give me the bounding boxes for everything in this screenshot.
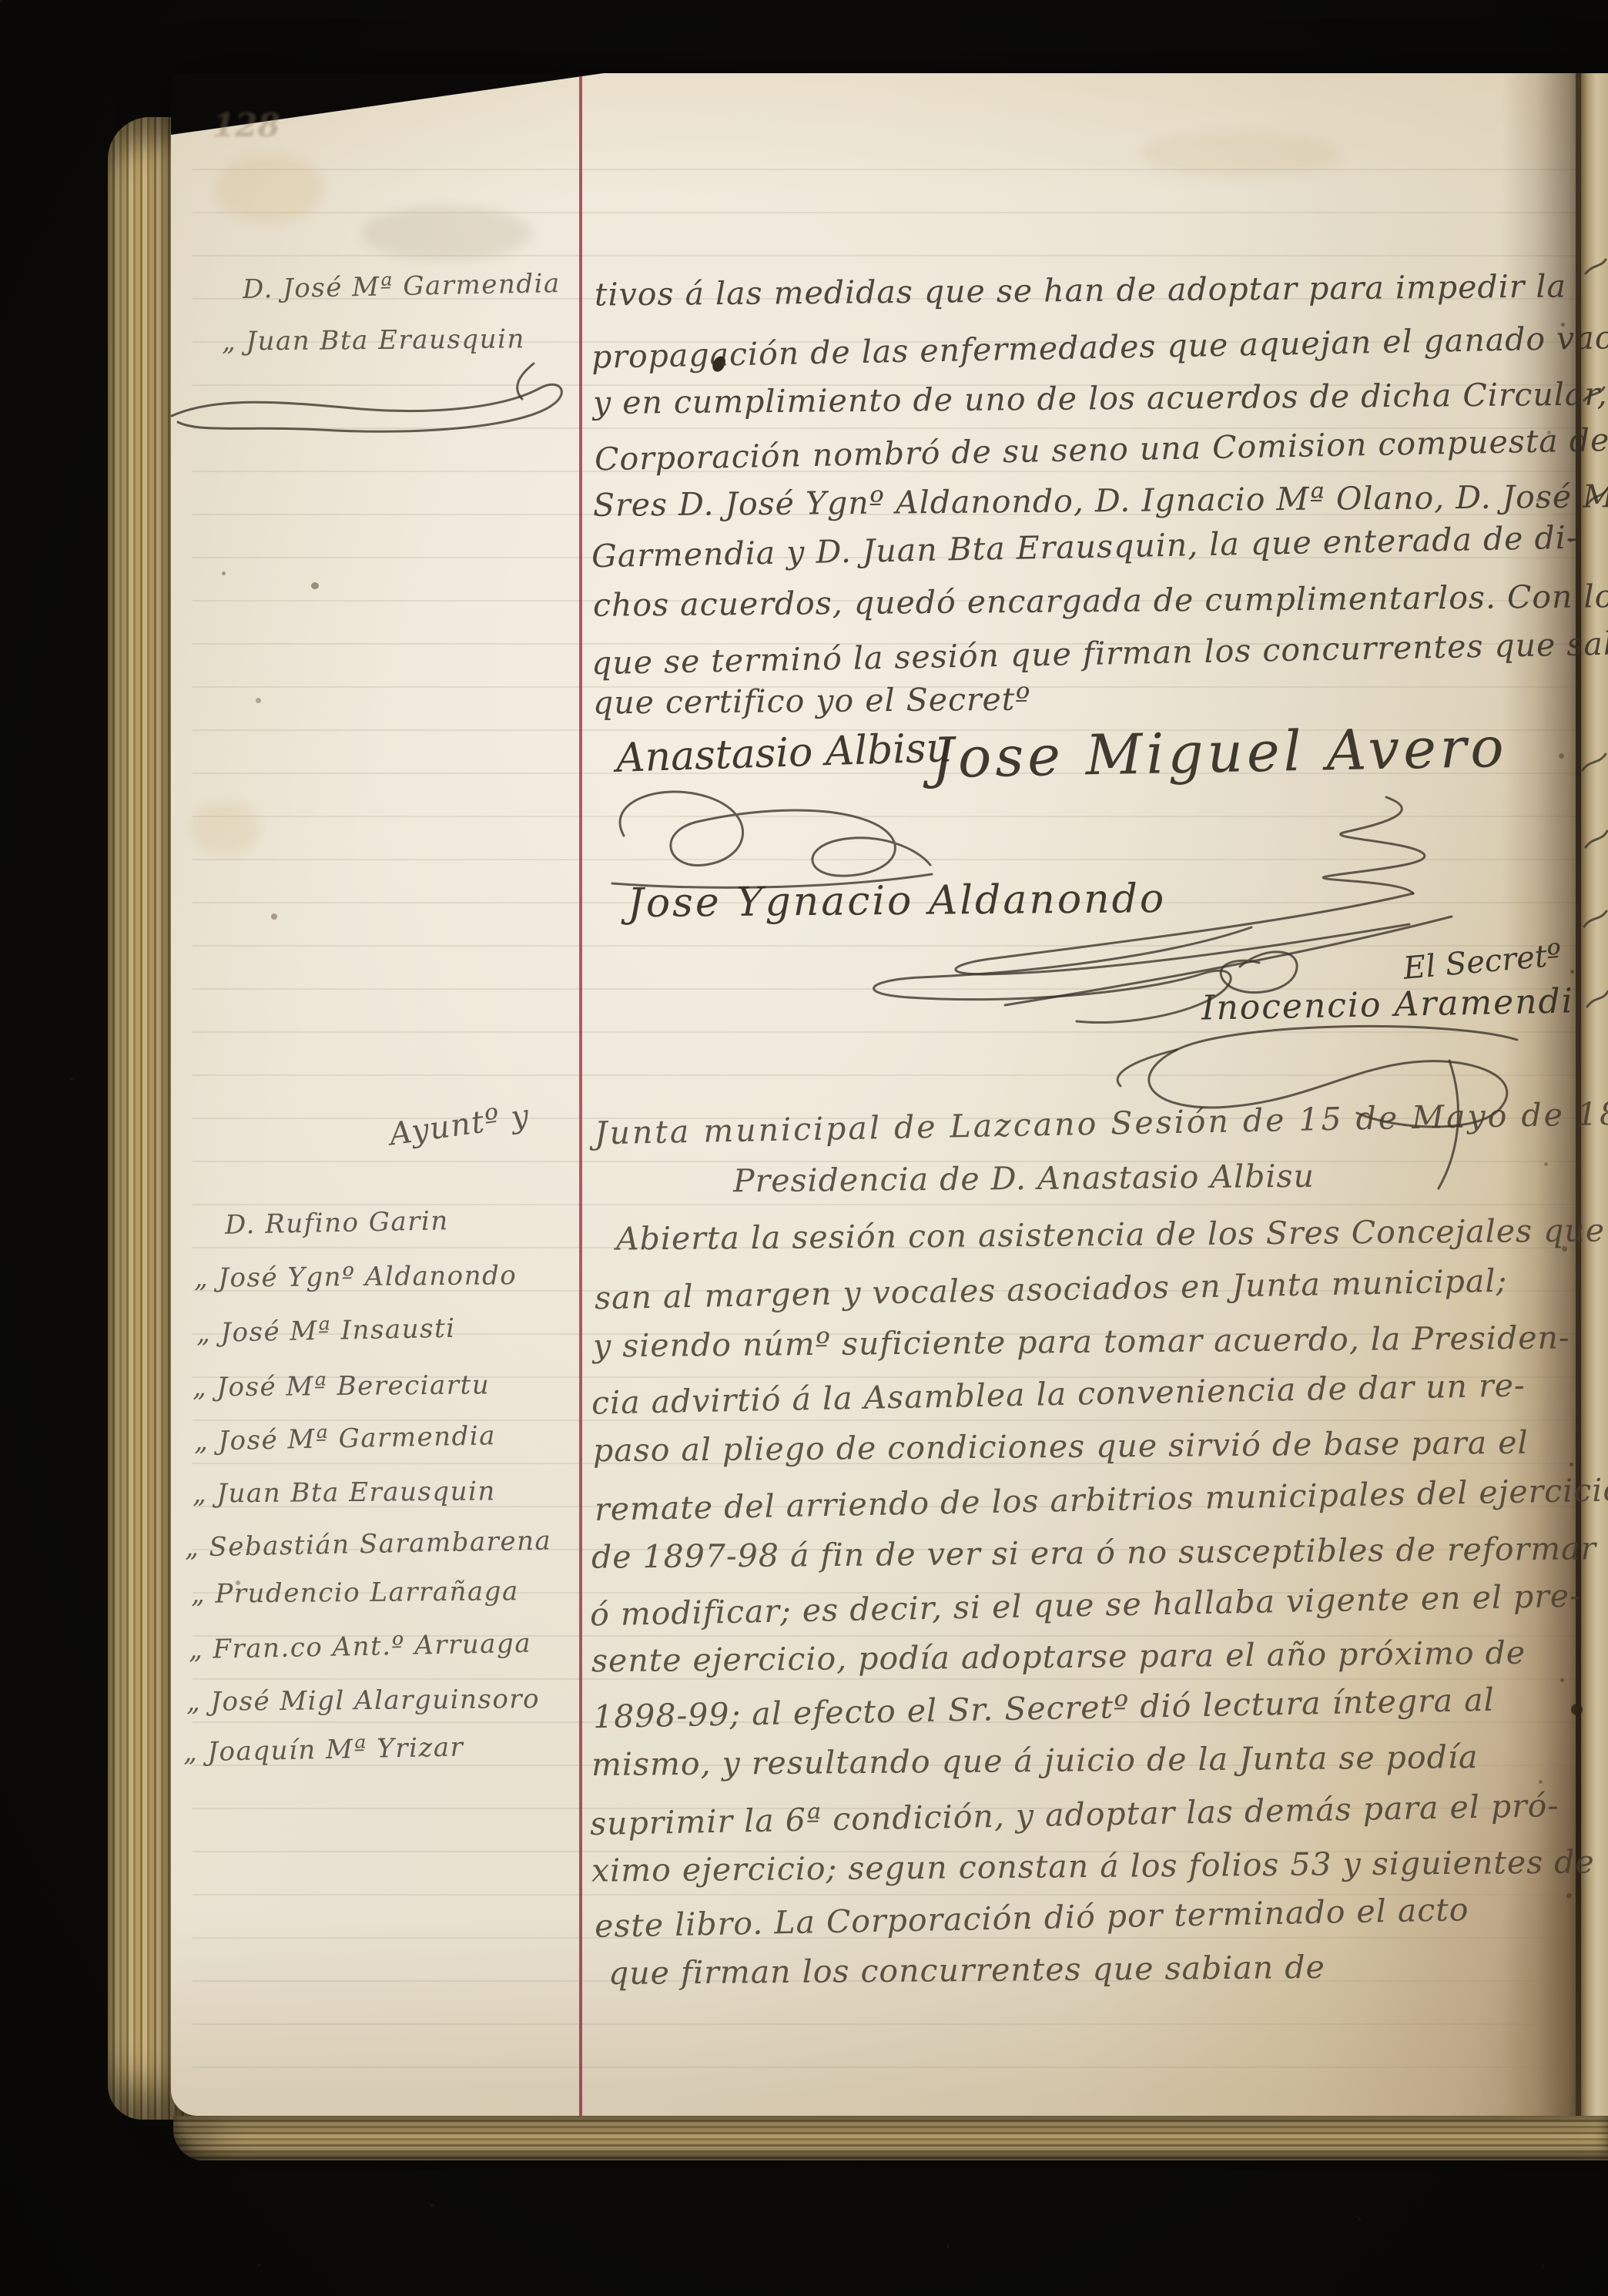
margin-name: „ José Migl Alarguinsoro bbox=[186, 1684, 540, 1718]
margin-name: „ José Mª Garmendia bbox=[194, 1420, 497, 1457]
stain bbox=[222, 571, 226, 575]
paper-stain bbox=[191, 801, 260, 855]
margin-name: „ José Mª Insausti bbox=[196, 1313, 456, 1349]
margin-name: „ José Ygnº Aldanondo bbox=[194, 1260, 518, 1294]
margin-note: D. José Mª Garmendia bbox=[243, 268, 561, 305]
margin-rubric-flourish bbox=[150, 360, 585, 453]
session-subheading: Presidencia de D. Anastasio Albisu bbox=[733, 1158, 1315, 1200]
backdrop-dust bbox=[0, 0, 2, 2]
body-line: que firman los concurrentes que sabian d… bbox=[608, 1949, 1325, 1992]
page-edge-stack-bottom bbox=[173, 2116, 1608, 2160]
albisu-rubric bbox=[593, 774, 940, 890]
stain bbox=[311, 582, 319, 589]
margin-name: „ José Mª Bereciartu bbox=[193, 1369, 490, 1403]
stain bbox=[1571, 1704, 1583, 1715]
margin-name: „ Joaquín Mª Yrizar bbox=[183, 1732, 464, 1768]
body-line: mismo, y resultando que á juicio de la J… bbox=[591, 1738, 1479, 1783]
stain bbox=[271, 913, 277, 920]
paper-stain bbox=[216, 154, 323, 223]
page-number-bleed: 128 bbox=[213, 106, 280, 144]
margin-name: D. Rufino Garin bbox=[225, 1205, 449, 1241]
margin-name: „ Fran.co Ant.º Arruaga bbox=[189, 1628, 532, 1666]
margin-name: „ Prudencio Larrañaga bbox=[191, 1576, 519, 1610]
margin-name: „ Juan Bta Erausquin bbox=[193, 1476, 496, 1509]
photo-backdrop: 128 D. José Mª Garmendia „ Juan Bta Erau… bbox=[0, 0, 1608, 2296]
ink-bleed-smudge bbox=[362, 206, 531, 260]
margin-note: „ Juan Bta Erausquin bbox=[222, 323, 525, 357]
paper-stain bbox=[1140, 131, 1340, 177]
stain bbox=[256, 698, 261, 703]
signature-avero: Jose Miguel Avero bbox=[931, 715, 1508, 790]
body-line: que certifico yo el Secretº bbox=[593, 681, 1031, 722]
